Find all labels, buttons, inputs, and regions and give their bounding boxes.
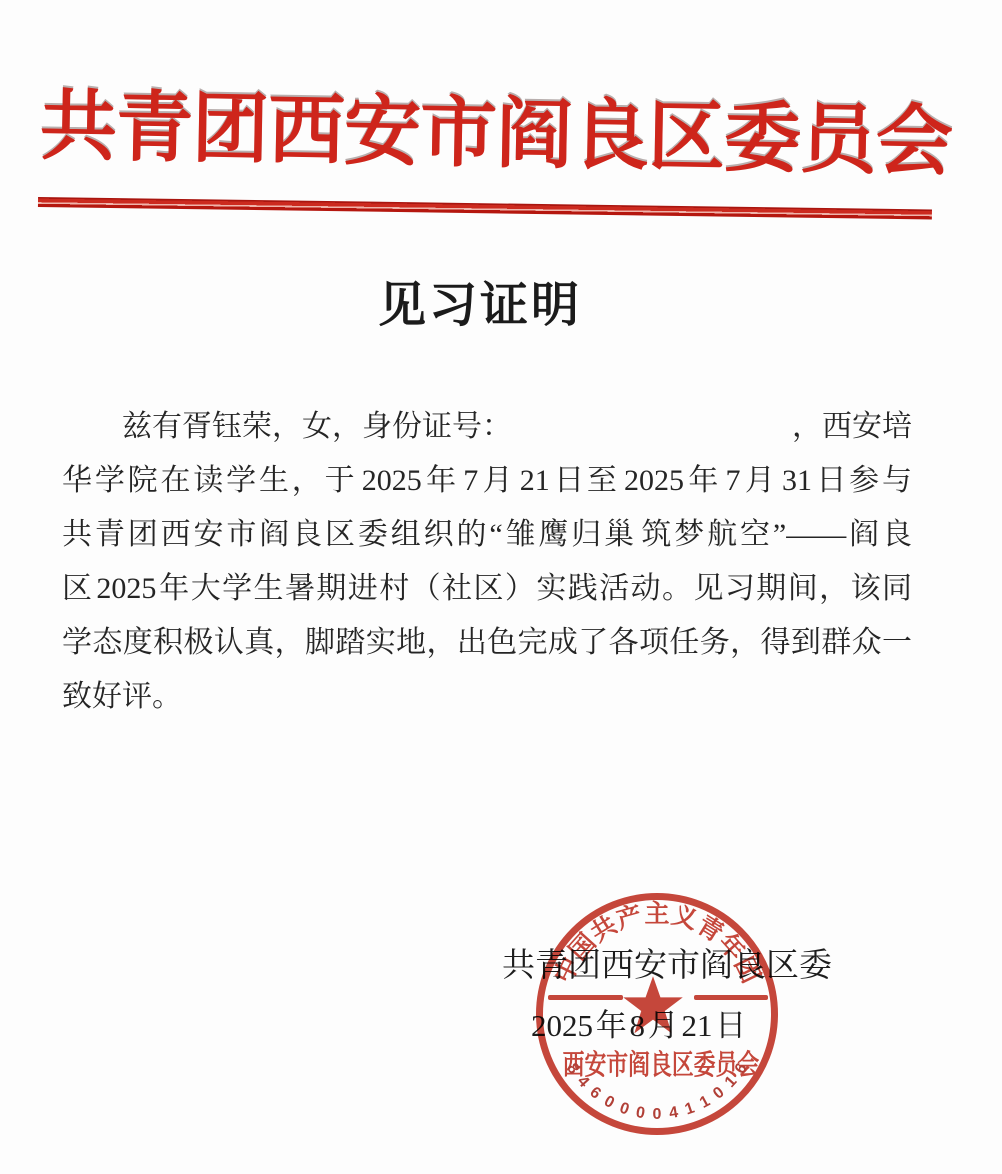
body-paragraph: 兹有胥钰荣，女，身份证号： ，西安培 华学院在读学生，于 2025 年 7 月 … <box>62 400 912 724</box>
body-line1-before-gap: 兹有胥钰荣，女，身份证号： <box>122 400 512 454</box>
official-stamp: 中国共产主义青年团 西安市阎良区委员会 6101140000648 <box>536 893 778 1135</box>
stamp-serial-number: 6101140000648 <box>536 893 778 1135</box>
id-number-redacted-gap <box>512 400 792 454</box>
body-line: 共青团西安市阎良区委组织的“雏鹰归巢 筑梦航空”——阎良 <box>62 508 912 562</box>
body-line: 华学院在读学生，于 2025 年 7 月 21 日至 2025 年 7 月 31… <box>62 454 912 508</box>
body-line1-after-gap: ，西安培 <box>792 400 912 454</box>
body-line: 兹有胥钰荣，女，身份证号： ，西安培 <box>62 400 912 454</box>
document-title: 见习证明 <box>40 266 920 335</box>
certificate-page: 共青团西安市阎良区委员会 见习证明 兹有胥钰荣，女，身份证号： ，西安培 华学院… <box>0 0 1002 1174</box>
letterhead-org-name: 共青团西安市阎良区委员会 <box>39 84 920 184</box>
letterhead-divider-rule <box>38 197 932 219</box>
body-line: 学态度积极认真，脚踏实地，出色完成了各项任务，得到群众一 <box>62 616 912 670</box>
body-line: 致好评。 <box>62 670 912 724</box>
body-line: 区 2025 年大学生暑期进村（社区）实践活动。见习期间，该同 <box>62 562 912 616</box>
